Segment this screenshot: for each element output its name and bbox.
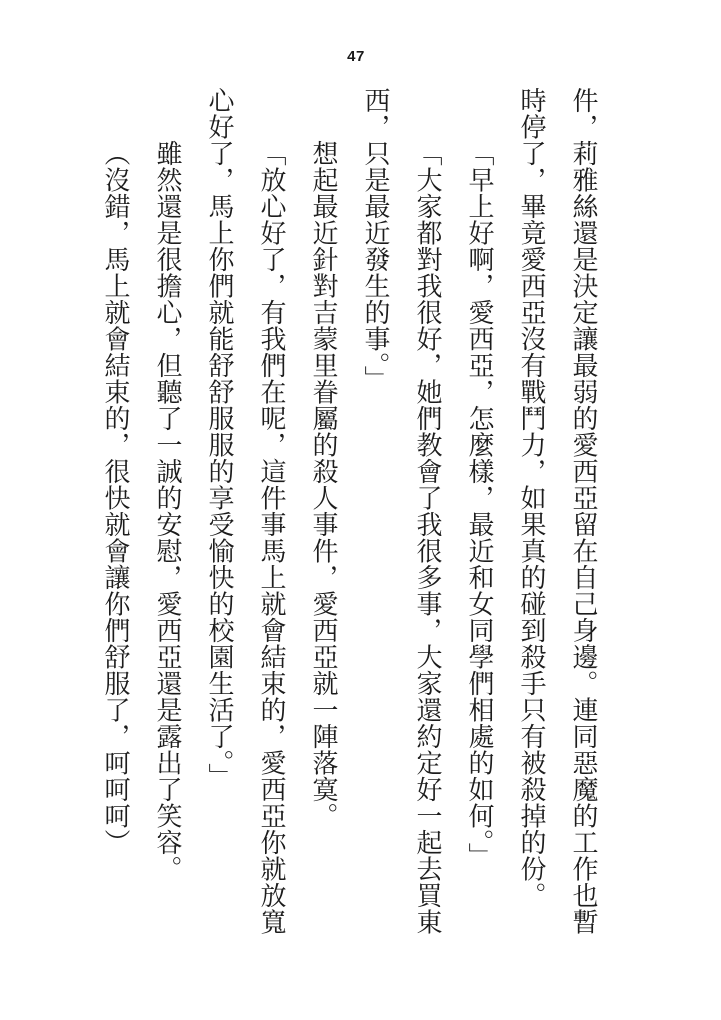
- text-column: 「早上好啊，愛西亞，怎麼樣，最近和女同學們相處的如何。」: [453, 87, 505, 967]
- page-number: 47: [0, 48, 712, 65]
- text-column: 時停了，畢竟愛西亞沒有戰鬥力，如果真的碰到殺手只有被殺掉的份。: [505, 87, 557, 967]
- text-column: 「放心好了，有我們在呢，這件事馬上就會結束的，愛西亞你就放寬: [245, 87, 297, 967]
- body-text: 件，莉雅絲還是決定讓最弱的愛西亞留在自己身邊。連同惡魔的工作也暫時停了，畢竟愛西…: [89, 87, 609, 967]
- text-column: 「大家都對我很好，她們教會了我很多事，大家還約定好一起去買東: [401, 87, 453, 967]
- text-column: （沒錯，馬上就會結束的，很快就會讓你們舒服了，呵呵呵）: [89, 87, 141, 967]
- text-column: 西，只是最近發生的事。」: [349, 87, 401, 967]
- book-page: 47 件，莉雅絲還是決定讓最弱的愛西亞留在自己身邊。連同惡魔的工作也暫時停了，畢…: [0, 0, 721, 1020]
- text-column: 想起最近針對吉蒙里眷屬的殺人事件，愛西亞就一陣落寞。: [297, 87, 349, 967]
- text-column: 件，莉雅絲還是決定讓最弱的愛西亞留在自己身邊。連同惡魔的工作也暫: [557, 87, 609, 967]
- text-column: 雖然還是很擔心，但聽了一誠的安慰，愛西亞還是露出了笑容。: [141, 87, 193, 967]
- text-column: 心好了，馬上你們就能舒舒服服的享受愉快的校園生活了。」: [193, 87, 245, 967]
